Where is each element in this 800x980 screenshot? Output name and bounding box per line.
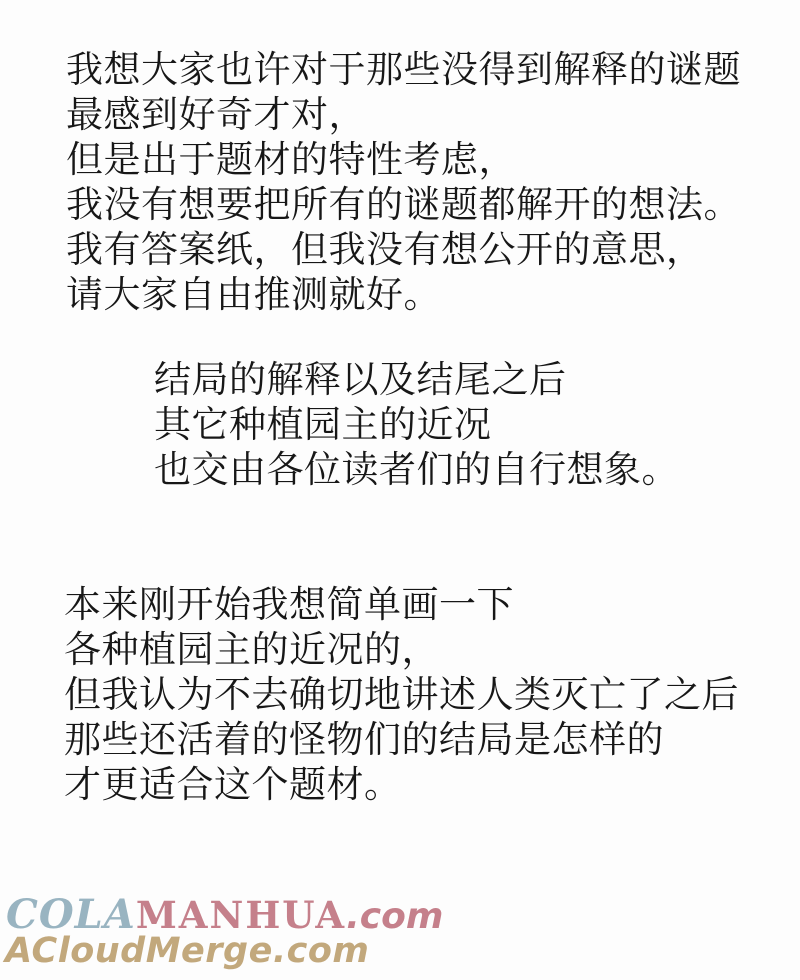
text-line: 最感到好奇才对， <box>66 93 741 138</box>
afterword-paragraph-2: 结局的解释以及结尾之后 其它种植园主的近况 也交由各位读者们的自行想象。 <box>154 358 679 493</box>
text-line: 结局的解释以及结尾之后 <box>154 358 679 403</box>
text-line: 但是出于题材的特性考虑， <box>66 138 741 183</box>
text-line: 我有答案纸，但我没有想公开的意思， <box>66 228 741 273</box>
text-line: 各种植园主的近况的， <box>64 628 739 673</box>
text-line: 但我认为不去确切地讲述人类灭亡了之后 <box>64 673 739 718</box>
comic-afterword-page: 我想大家也许对于那些没得到解释的谜题 最感到好奇才对， 但是出于题材的特性考虑，… <box>0 0 800 980</box>
text-line: 才更适合这个题材。 <box>64 763 739 808</box>
text-line: 我没有想要把所有的谜题都解开的想法。 <box>66 183 741 228</box>
text-line: 本来刚开始我想简单画一下 <box>64 583 739 628</box>
text-line: 我想大家也许对于那些没得到解释的谜题 <box>66 48 741 93</box>
text-line: 那些还活着的怪物们的结局是怎样的 <box>64 718 739 763</box>
afterword-paragraph-3: 本来刚开始我想简单画一下 各种植园主的近况的， 但我认为不去确切地讲述人类灭亡了… <box>64 583 739 808</box>
afterword-paragraph-1: 我想大家也许对于那些没得到解释的谜题 最感到好奇才对， 但是出于题材的特性考虑，… <box>66 48 741 318</box>
text-line: 请大家自由推测就好。 <box>66 273 741 318</box>
text-line: 其它种植园主的近况 <box>154 403 679 448</box>
watermark-acloudmerge: ACloudMerge.com <box>5 931 369 971</box>
text-line: 也交由各位读者们的自行想象。 <box>154 448 679 493</box>
